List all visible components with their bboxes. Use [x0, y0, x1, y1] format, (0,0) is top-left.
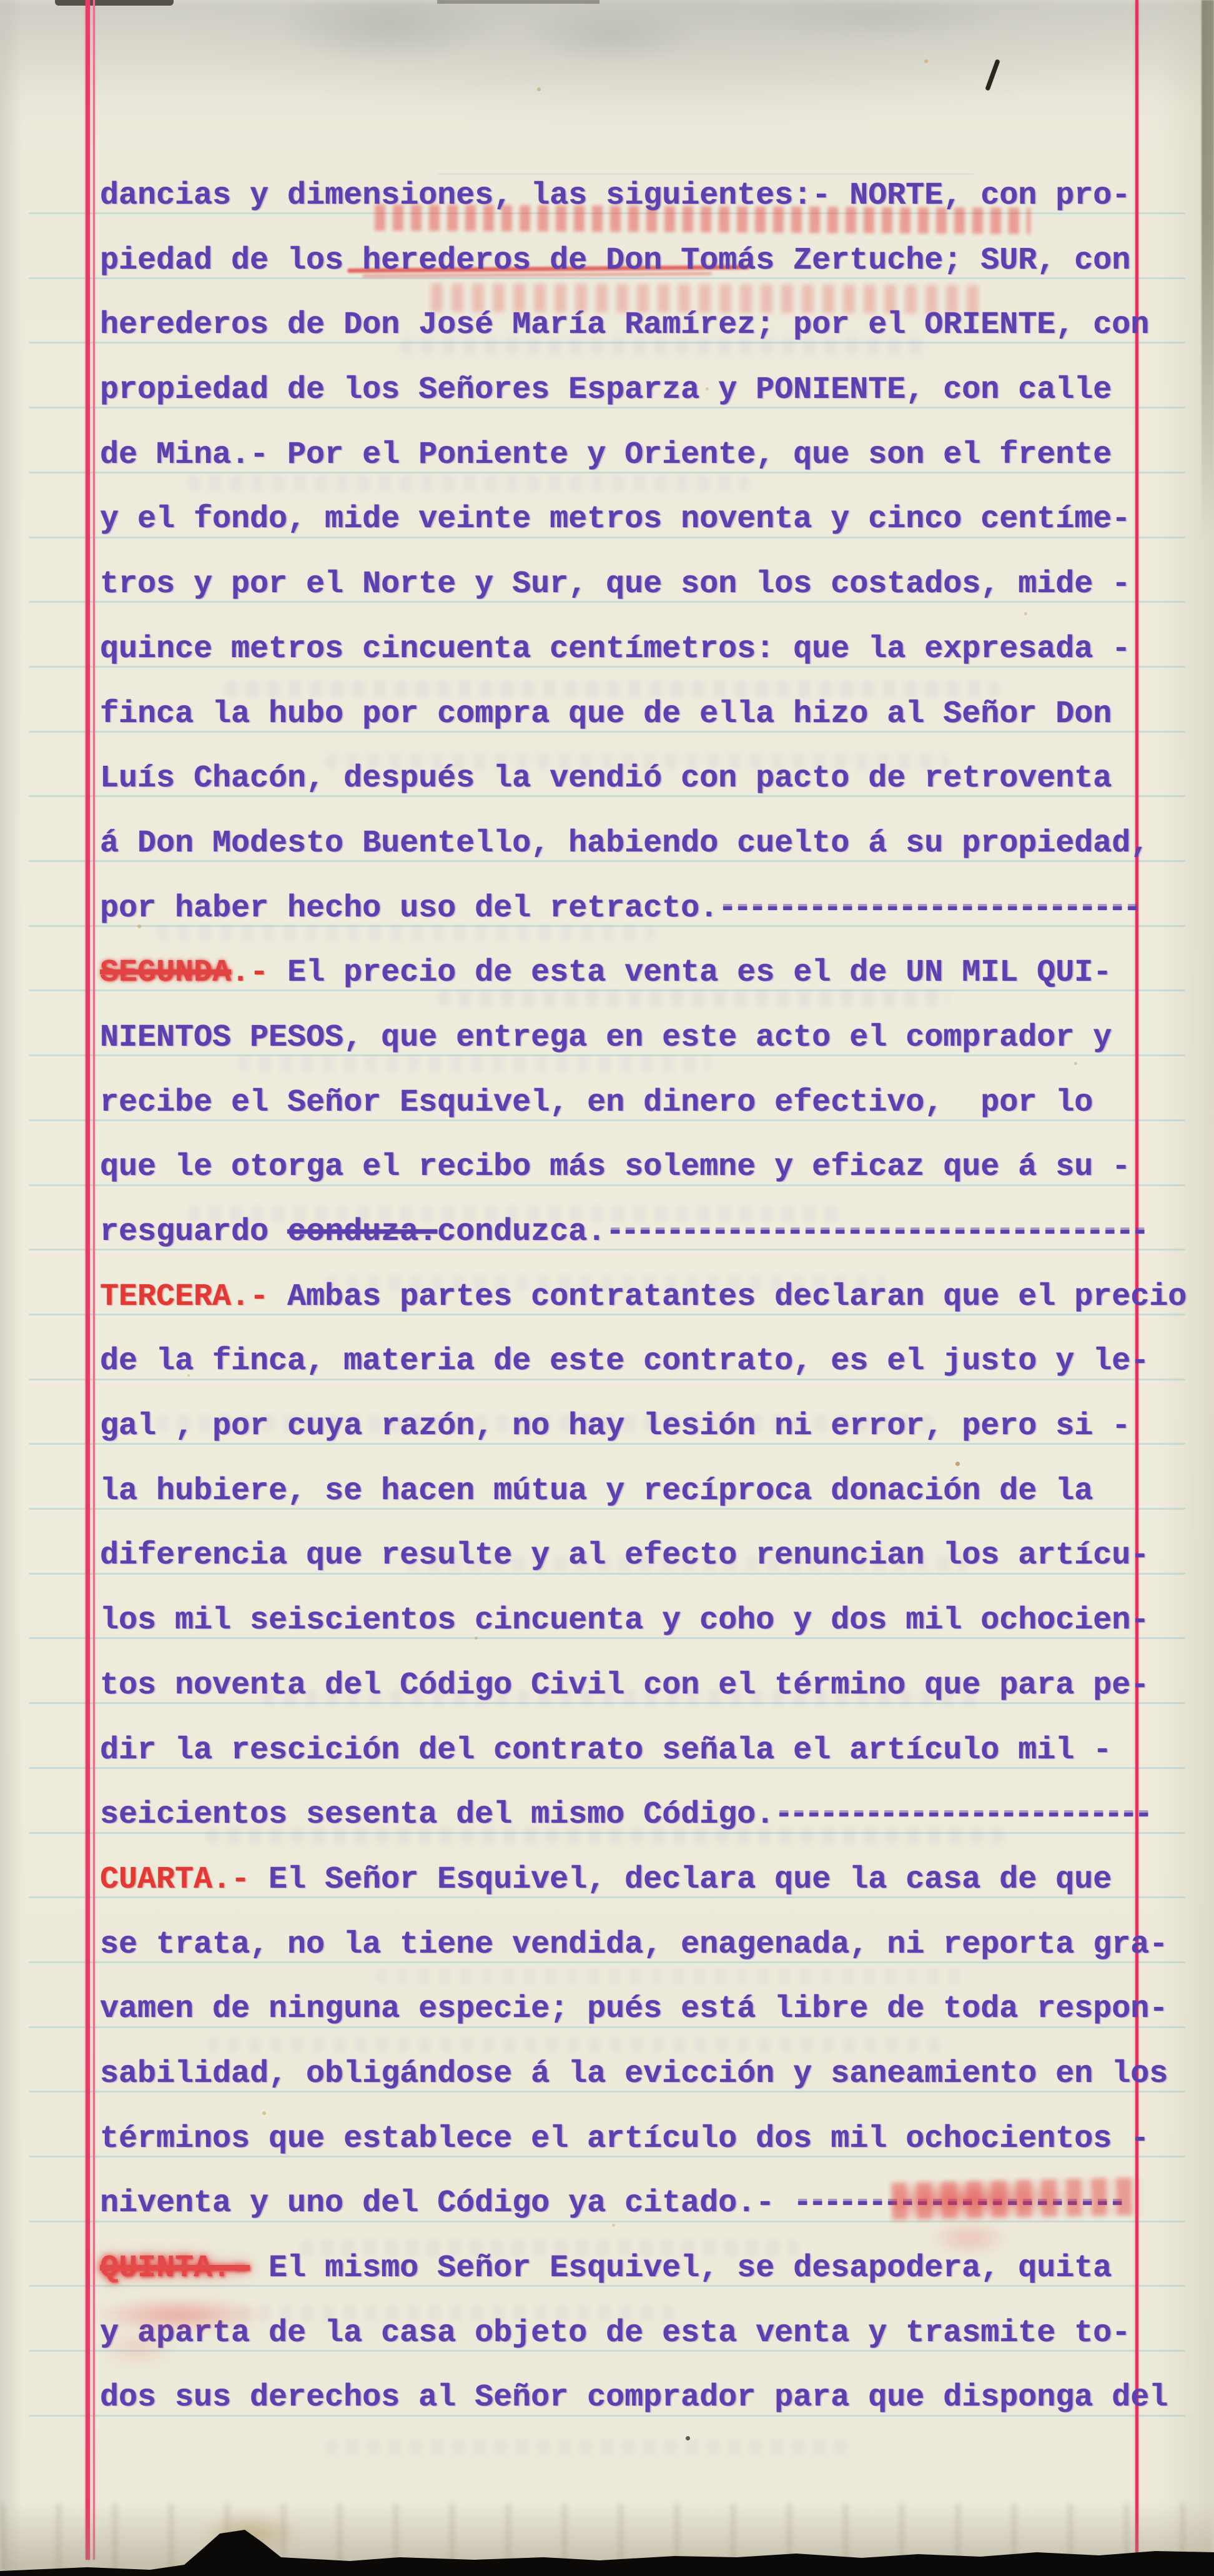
text-segment: niventa y uno del Código ya citado.- [100, 2186, 793, 2221]
left-margin-line-outer [86, 0, 90, 2560]
text-segment: Ambas partes contratantes declaran que e… [269, 1279, 1187, 1315]
document-line: la hubiere, se hacen mútua y recíproca d… [100, 1459, 1187, 1524]
struck-clause-heading-segment: SEGUNDA [100, 955, 231, 991]
paper-speck [537, 87, 541, 91]
text-segment: tos noventa del Código Civil con el térm… [100, 1668, 1149, 1703]
text-segment: dancias y dimensiones, las siguientes:- … [100, 178, 1130, 214]
paper-speck [137, 924, 141, 928]
text-segment: resguardo [100, 1214, 287, 1250]
paper-speck [686, 2436, 690, 2440]
clause-heading-segment: TERCERA.- [100, 1279, 269, 1315]
text-segment: recibe el Señor Esquivel, en dinero efec… [100, 1085, 1093, 1121]
document-line: dancias y dimensiones, las siguientes:- … [100, 164, 1187, 229]
text-segment: Luís Chacón, después la vendió con pacto… [100, 761, 1112, 796]
text-segment: NIENTOS PESOS, que entrega en este acto … [100, 1020, 1112, 1056]
struck-clause-heading-segment: QUINTA.- [100, 2251, 250, 2286]
paper-speck [262, 2111, 266, 2115]
text-segment: por haber hecho uso del retracto. [100, 891, 718, 926]
document-line: diferencia que resulte y al efecto renun… [100, 1523, 1187, 1588]
document-line: dir la rescición del contrato señala el … [100, 1718, 1187, 1783]
document-line: á Don Modesto Buentello, habiendo cuelto… [100, 811, 1187, 876]
text-segment: conduzca. [437, 1214, 606, 1250]
document-line: quince metros cincuenta centímetros: que… [100, 617, 1187, 682]
red-ink-smudge [913, 2219, 1025, 2267]
text-segment: propiedad de los Señores Esparza y PONIE… [100, 372, 1112, 408]
paper-speck [612, 2224, 615, 2227]
text-segment: piedad de los herederos de Don Tomás Zer… [100, 243, 1130, 279]
paper-speck [187, 1374, 190, 1377]
document-line: recibe el Señor Esquivel, en dinero efec… [100, 1071, 1187, 1136]
text-segment: tros y por el Norte y Sur, que son los c… [100, 567, 1130, 602]
document-line: vamen de ninguna especie; pués está libr… [100, 1977, 1187, 2042]
text-segment: de Mina.- Por el Poniente y Oriente, que… [100, 437, 1112, 473]
text-segment: términos que establece el artículo dos m… [100, 2121, 1149, 2157]
clause-heading-segment: .- [231, 955, 269, 991]
scanned-document-page: dancias y dimensiones, las siguientes:- … [0, 0, 1214, 2576]
document-line: piedad de los herederos de Don Tomás Zer… [100, 229, 1187, 294]
document-line: CUARTA.- El Señor Esquivel, declara que … [100, 1848, 1187, 1913]
document-line: de Mina.- Por el Poniente y Oriente, que… [100, 423, 1187, 488]
torn-top-edge [437, 0, 600, 4]
text-segment: diferencia que resulte y al efecto renun… [100, 1538, 1149, 1573]
document-line: se trata, no la tiene vendida, enagenada… [100, 1913, 1187, 1978]
document-line: y el fondo, mide veinte metros noventa y… [100, 487, 1187, 552]
typewritten-text: dancias y dimensiones, las siguientes:- … [100, 164, 1187, 2430]
dash-fill-segment: ---------------------------- [718, 891, 1138, 926]
text-segment: á Don Modesto Buentello, habiendo cuelto… [100, 826, 1149, 861]
document-line: NIENTOS PESOS, que entrega en este acto … [100, 1006, 1187, 1071]
document-line: dos sus derechos al Señor comprador para… [100, 2365, 1187, 2430]
red-ink-smudge [95, 2299, 282, 2331]
scan-background-edge [1202, 0, 1214, 537]
text-segment: y el fondo, mide veinte metros noventa y… [100, 502, 1130, 537]
text-segment: El Señor Esquivel, declara que la casa d… [250, 1862, 1112, 1898]
struck-text-segment: conduza. [287, 1214, 437, 1250]
document-line: SEGUNDA.- El precio de esta venta es el … [100, 941, 1187, 1006]
clause-heading-segment: CUARTA.- [100, 1862, 250, 1898]
document-line: que le otorga el recibo más solemne y ef… [100, 1135, 1187, 1200]
handwritten-page-number [985, 59, 1000, 91]
document-line: los mil seiscientos cincuenta y coho y d… [100, 1588, 1187, 1653]
text-segment: la hubiere, se hacen mútua y recíproca d… [100, 1474, 1093, 1509]
text-segment: quince metros cincuenta centímetros: que… [100, 632, 1130, 667]
paper-speck [706, 387, 709, 390]
document-line: finca la hubo por compra que de ella hiz… [100, 682, 1187, 747]
document-line: sabilidad, obligándose á la evicción y s… [100, 2042, 1187, 2107]
page-edge-shadow [0, 0, 22, 2576]
document-line: gal , por cuya razón, no hay lesión ni e… [100, 1394, 1187, 1459]
document-line: tos noventa del Código Civil con el térm… [100, 1653, 1187, 1718]
text-segment: dos sus derechos al Señor comprador para… [100, 2380, 1168, 2415]
paper-speck [1074, 1062, 1077, 1065]
text-segment: se trata, no la tiene vendida, enagenada… [100, 1927, 1168, 1963]
text-segment: El precio de esta venta es el de UN MIL … [269, 955, 1112, 991]
document-line: seicientos sesenta del mismo Código.----… [100, 1783, 1187, 1848]
text-segment: gal , por cuya razón, no hay lesión ni e… [100, 1409, 1130, 1444]
text-segment: finca la hubo por compra que de ella hiz… [100, 696, 1112, 732]
torn-top-edge [55, 0, 174, 6]
text-segment: dir la rescición del contrato señala el … [100, 1733, 1112, 1768]
text-segment: de la finca, materia de este contrato, e… [100, 1344, 1149, 1379]
paper-speck [1024, 612, 1027, 615]
red-ink-smudge [891, 2177, 1142, 2220]
left-margin-line-inner [93, 0, 95, 2560]
document-line: términos que establece el artículo dos m… [100, 2107, 1187, 2172]
document-line: de la finca, materia de este contrato, e… [100, 1329, 1187, 1394]
red-ink-smudge [87, 2331, 187, 2375]
document-line: propiedad de los Señores Esparza y PONIE… [100, 358, 1187, 423]
text-segment: seicientos sesenta del mismo Código. [100, 1797, 774, 1833]
document-line: tros y por el Norte y Sur, que son los c… [100, 552, 1187, 617]
paper-crumple-shading [0, 0, 1214, 131]
paper-speck [475, 1637, 478, 1640]
paper-speck [924, 59, 928, 63]
document-line: Luís Chacón, después la vendió con pacto… [100, 746, 1187, 811]
document-line: resguardo conduza.conduzca.-------------… [100, 1200, 1187, 1265]
text-segment: los mil seiscientos cincuenta y coho y d… [100, 1603, 1149, 1638]
document-line: TERCERA.- Ambas partes contratantes decl… [100, 1265, 1187, 1330]
text-segment: vamen de ninguna especie; pués está libr… [100, 1991, 1168, 2027]
dash-fill-segment: ------------------------------------ [606, 1214, 1145, 1250]
dash-fill-segment: ------------------------- [774, 1797, 1149, 1833]
text-segment: que le otorga el recibo más solemne y ef… [100, 1149, 1130, 1185]
ink-bleed-ghost [325, 2439, 856, 2456]
document-line: por haber hecho uso del retracto.-------… [100, 876, 1187, 941]
text-segment: herederos de Don José María Ramírez; por… [100, 307, 1149, 343]
document-line: herederos de Don José María Ramírez; por… [100, 293, 1187, 358]
text-segment: sabilidad, obligándose á la evicción y s… [100, 2056, 1168, 2092]
paper-speck [955, 1462, 960, 1466]
